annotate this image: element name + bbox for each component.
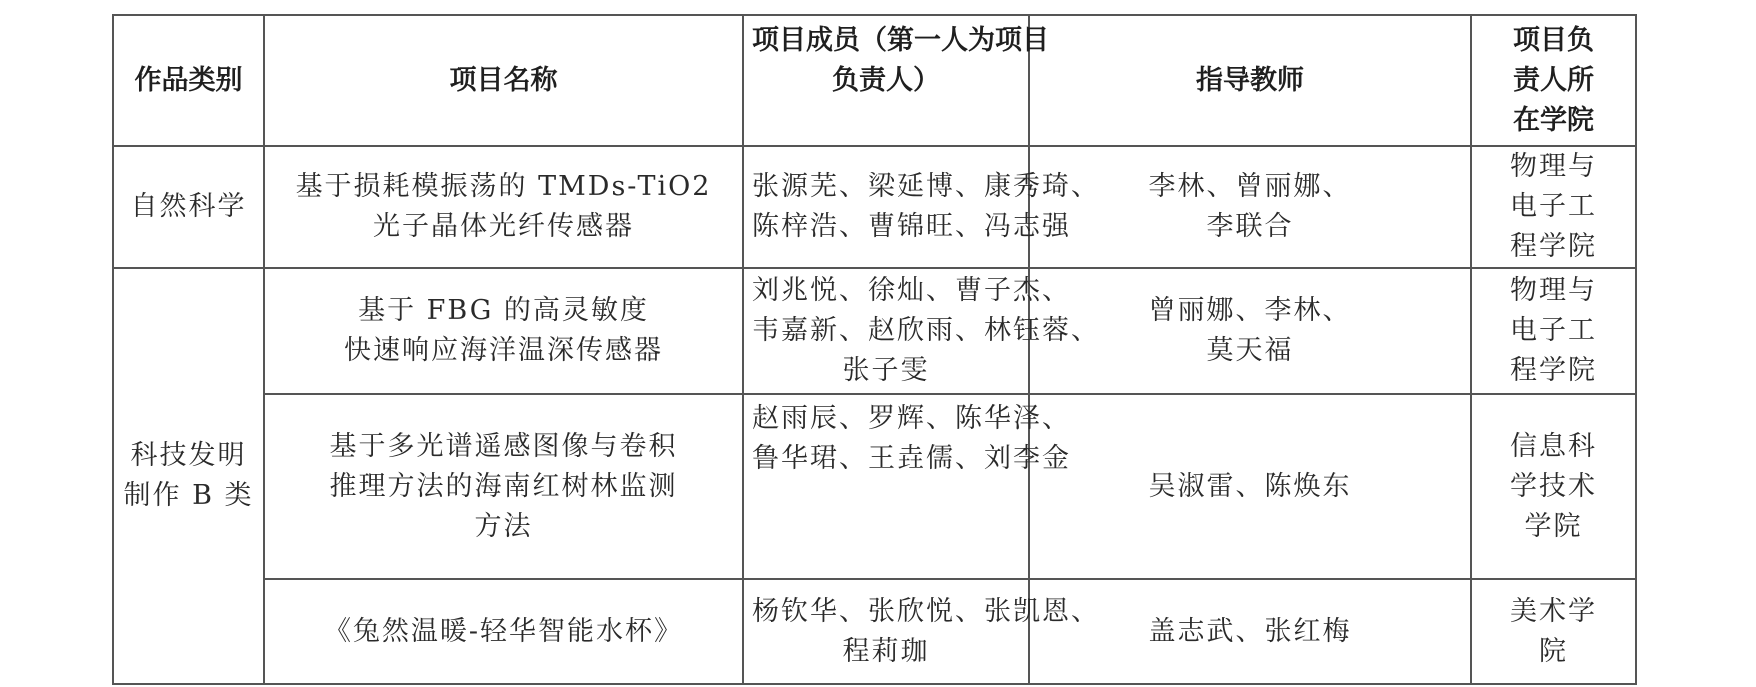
advisors-cell: 李林、曾丽娜、 李联合 [1029,146,1471,268]
category-cell: 科技发明 制作 B 类 [113,268,264,684]
project-name-cell: 基于多光谱遥感图像与卷积 推理方法的海南红树林监测 方法 [264,394,743,579]
college-cell: 物理与 电子工 程学院 [1471,146,1636,268]
header-college-line: 在学院 [1480,101,1627,141]
header-advisors: 指导教师 [1029,15,1471,146]
header-members-line: 项目成员（第一人为项目 [752,21,1020,61]
header-category: 作品类别 [113,15,264,146]
table-header-row: 作品类别 项目名称 项目成员（第一人为项目 负责人） 指导教师 项目负 责人所 … [113,15,1636,146]
table-row: 科技发明 制作 B 类 基于 FBG 的高灵敏度 快速响应海洋温深传感器 刘兆悦… [113,268,1636,394]
header-college-line: 责人所 [1480,61,1627,101]
table-row: 基于多光谱遥感图像与卷积 推理方法的海南红树林监测 方法 赵雨辰、罗辉、陈华泽、… [113,394,1636,579]
college-cell: 信息科 学技术 学院 [1471,394,1636,579]
members-cell: 杨钦华、张欣悦、张凯恩、 程莉珈 [743,579,1029,684]
members-cell: 赵雨辰、罗辉、陈华泽、 鲁华珺、王垚儒、刘李金 [743,394,1029,579]
table-row: 自然科学 基于损耗模振荡的 TMDs-TiO2 光子晶体光纤传感器 张源芜、梁延… [113,146,1636,268]
members-cell: 张源芜、梁延博、康秀琦、 陈梓浩、曹锦旺、冯志强 [743,146,1029,268]
college-cell: 物理与 电子工 程学院 [1471,268,1636,394]
header-members: 项目成员（第一人为项目 负责人） [743,15,1029,146]
project-name-cell: 《兔然温暖-轻华智能水杯》 [264,579,743,684]
award-projects-table: 作品类别 项目名称 项目成员（第一人为项目 负责人） 指导教师 项目负 责人所 … [112,14,1637,685]
project-name-cell: 基于损耗模振荡的 TMDs-TiO2 光子晶体光纤传感器 [264,146,743,268]
category-cell: 自然科学 [113,146,264,268]
header-college: 项目负 责人所 在学院 [1471,15,1636,146]
table-row: 《兔然温暖-轻华智能水杯》 杨钦华、张欣悦、张凯恩、 程莉珈 盖志武、张红梅 美… [113,579,1636,684]
members-cell: 刘兆悦、徐灿、曹子杰、 韦嘉新、赵欣雨、林钰蓉、 张子雯 [743,268,1029,394]
header-members-line: 负责人） [752,61,1020,101]
header-college-line: 项目负 [1480,21,1627,61]
college-cell: 美术学 院 [1471,579,1636,684]
advisors-cell: 盖志武、张红梅 [1029,579,1471,684]
advisors-cell: 吴淑雷、陈焕东 [1029,394,1471,579]
project-name-cell: 基于 FBG 的高灵敏度 快速响应海洋温深传感器 [264,268,743,394]
header-project-name: 项目名称 [264,15,743,146]
